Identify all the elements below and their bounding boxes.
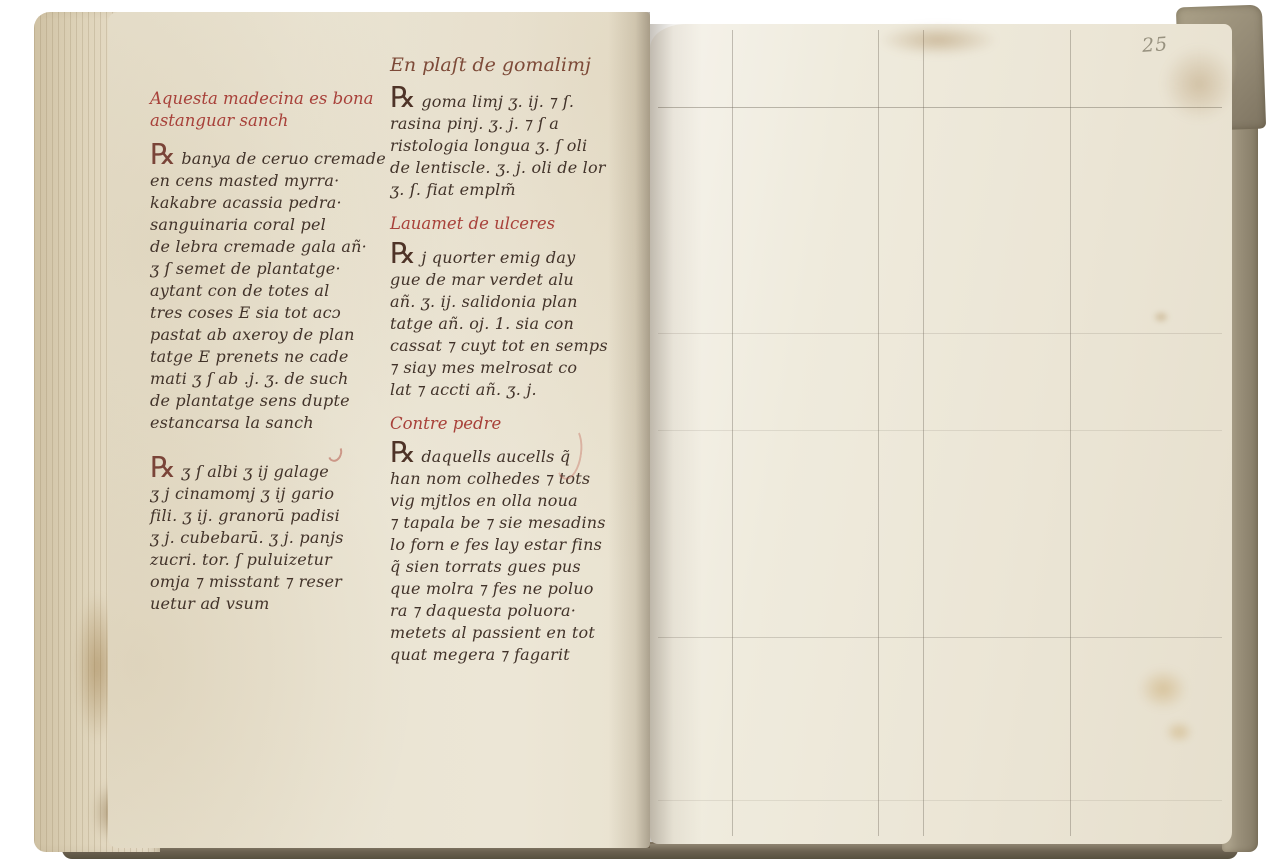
manuscript-text-line: omja ⁊ misstant ⁊ reser [150, 571, 402, 593]
folio-number: 25 [1141, 33, 1169, 57]
manuscript-text-line: pastat ab axeroy de plan [150, 324, 402, 346]
ruling-line-horizontal [658, 107, 1222, 108]
ruling-line-vertical [1070, 30, 1071, 836]
stain [878, 24, 998, 56]
manuscript-text-line: zucri. tor. ſ puluizetur [150, 549, 402, 571]
manuscript-text-line: de plantatge sens dupte [150, 390, 402, 412]
manuscript-text-line: ℞ banya de ceruo cremade [150, 143, 402, 170]
manuscript-text-line: de lebra cremade gala añ· [150, 236, 402, 258]
manuscript-text-line: aytant con de totes al [150, 280, 402, 302]
manuscript-text-line: tres coses E sia tot acɔ [150, 302, 402, 324]
manuscript-text-line: kakabre acassia pedra· [150, 192, 402, 214]
manuscript-text-line: ʒ ſ semet de plantatge· [150, 258, 402, 280]
manuscript-text-line: ʒ j cinamomj ʒ ij gario [150, 483, 402, 505]
left-page: Aquesta madecina es bona astanguar sanch… [108, 12, 650, 848]
manuscript-text-line: mati ʒ ſ ab .j. ʒ. de such [150, 368, 402, 390]
ruling-line-vertical [732, 30, 733, 836]
gutter-shadow [608, 12, 650, 848]
ruling-line-horizontal [658, 800, 1222, 801]
stain [1164, 720, 1194, 744]
recipe-blood-staunching: ℞ banya de ceruo cremade en cens masted … [150, 143, 402, 434]
ruling-line-vertical [878, 30, 879, 836]
rubric-heading-line: astanguar sanch [150, 110, 402, 132]
manuscript-text-line: en cens masted myrra· [150, 170, 402, 192]
gutter-shadow [650, 24, 702, 844]
manuscript-text-line: sanguinaria coral pel [150, 214, 402, 236]
text-column-1: Aquesta madecina es bona astanguar sanch… [150, 88, 402, 615]
ruling-line-horizontal [658, 333, 1222, 334]
stain [1162, 46, 1236, 122]
right-page: 25 [650, 24, 1232, 844]
recipe-powder: ℞ ʒ ſ albi ʒ ij galage ʒ j cinamomj ʒ ij… [150, 456, 402, 615]
manuscript-text-line: tatge E prenets ne cade [150, 346, 402, 368]
manuscript-text-line: ʒ j. cubebarū. ʒ j. panjs [150, 527, 402, 549]
ruling-line-horizontal [658, 430, 1222, 431]
stain [1138, 668, 1188, 710]
rubric-heading-line: Aquesta madecina es bona [150, 88, 402, 110]
manuscript-photo: Aquesta madecina es bona astanguar sanch… [0, 0, 1280, 860]
manuscript-text-line: estancarsa la sanch [150, 412, 402, 434]
ruling-line-vertical [923, 30, 924, 836]
manuscript-text-line: uetur ad vsum [150, 593, 402, 615]
manuscript-text-line: fili. ʒ ij. granorū padisi [150, 505, 402, 527]
stain [1152, 310, 1170, 324]
manuscript-text-line: ℞ ʒ ſ albi ʒ ij galage [150, 456, 402, 483]
ruling-line-horizontal [658, 637, 1222, 638]
